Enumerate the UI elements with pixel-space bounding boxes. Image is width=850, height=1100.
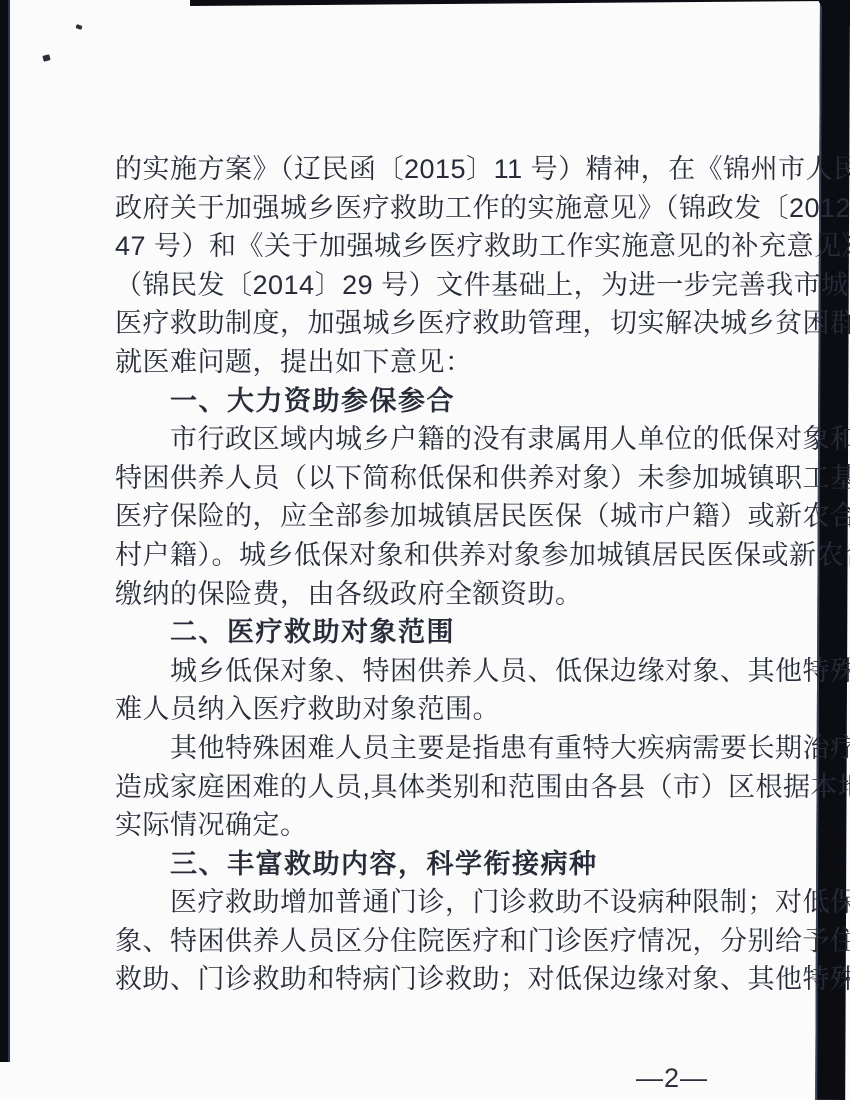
- section-heading: 三、丰富救助内容，科学衔接病种: [115, 845, 770, 884]
- document-line: 城乡低保对象、特困供养人员、低保边缘对象、其他特殊困: [115, 652, 770, 691]
- document-line: 医疗救助制度，加强城乡医疗救助管理，切实解决城乡贫困群众: [115, 304, 770, 343]
- document-line: 政府关于加强城乡医疗救助工作的实施意见》（锦政发〔2012〕: [115, 189, 770, 228]
- document-line: 医疗救助增加普通门诊，门诊救助不设病种限制；对低保对: [115, 883, 770, 922]
- document-line: 村户籍）。城乡低保对象和供养对象参加城镇居民医保或新农合: [115, 536, 770, 575]
- document-line: 就医难问题，提出如下意见：: [115, 343, 770, 382]
- document-line: 其他特殊困难人员主要是指患有重特大疾病需要长期治疗: [115, 729, 770, 768]
- document-line: 象、特困供养人员区分住院医疗和门诊医疗情况，分别给予住院: [115, 922, 770, 961]
- document-line: 实际情况确定。: [115, 806, 770, 845]
- document-line: （锦民发〔2014〕29 号）文件基础上，为进一步完善我市城乡: [115, 266, 770, 305]
- scan-edge-corner: [770, 0, 850, 26]
- document-line: 的实施方案》（辽民函〔2015〕11 号）精神，在《锦州市人民: [115, 150, 770, 189]
- scanned-document-page: 的实施方案》（辽民函〔2015〕11 号）精神，在《锦州市人民政府关于加强城乡医…: [0, 0, 850, 1100]
- document-line: 缴纳的保险费，由各级政府全额资助。: [115, 575, 770, 614]
- section-heading: 二、医疗救助对象范围: [115, 613, 770, 652]
- document-line: 市行政区域内城乡户籍的没有隶属用人单位的低保对象和: [115, 420, 770, 459]
- document-line: 难人员纳入医疗救助对象范围。: [115, 690, 770, 729]
- section-heading: 一、大力资助参保参合: [115, 382, 770, 421]
- dust-speck: [42, 54, 50, 62]
- scan-edge-top: [190, 0, 850, 6]
- page-number: —2—: [636, 1063, 708, 1094]
- document-line: 救助、门诊救助和特病门诊救助；对低保边缘对象、其他特殊困: [115, 960, 770, 999]
- document-line: 医疗保险的，应全部参加城镇居民医保（城市户籍）或新农合（农: [115, 497, 770, 536]
- document-line: 特困供养人员（以下简称低保和供养对象）未参加城镇职工基本: [115, 459, 770, 498]
- scan-edge-left: [0, 0, 10, 1062]
- document-line: 造成家庭困难的人员,具体类别和范围由各县（市）区根据本地: [115, 768, 770, 807]
- text-block: 的实施方案》（辽民函〔2015〕11 号）精神，在《锦州市人民政府关于加强城乡医…: [115, 150, 770, 999]
- dust-speck: [75, 24, 82, 30]
- document-line: 47 号）和《关于加强城乡医疗救助工作实施意见的补充意见》: [115, 227, 770, 266]
